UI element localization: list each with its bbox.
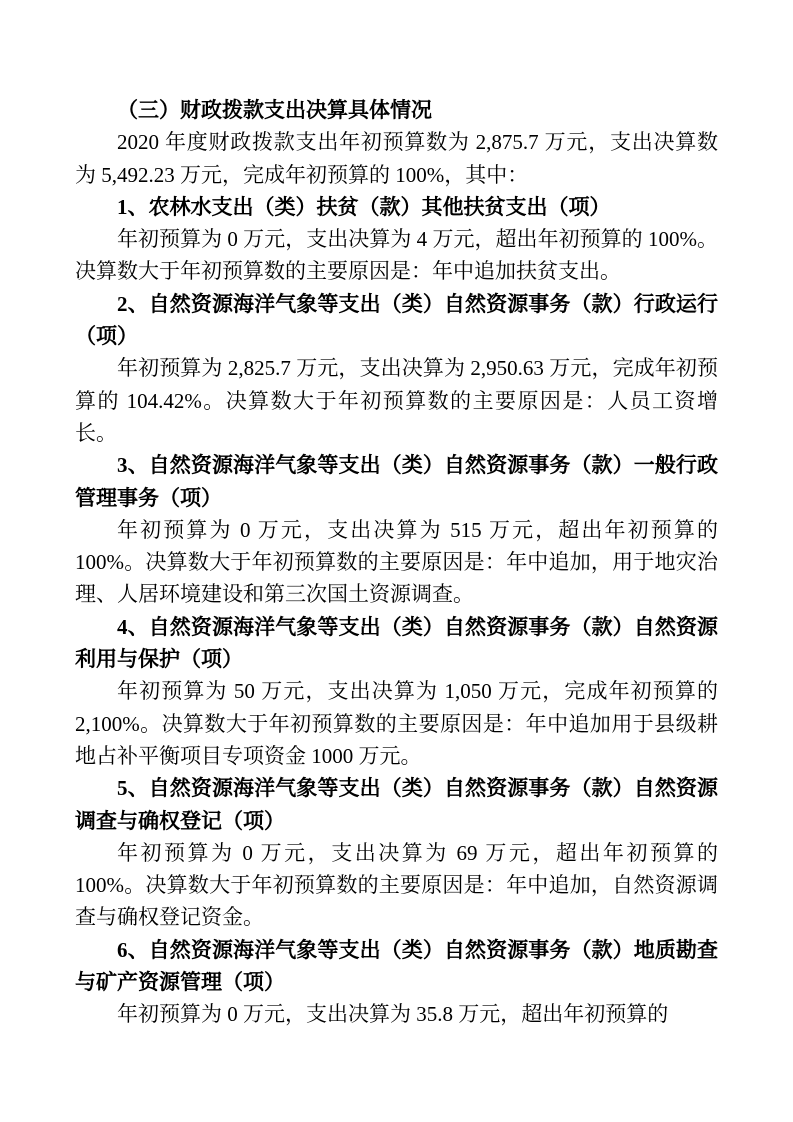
subsection-body-5: 年初预算为 0 万元，支出决算为 69 万元，超出年初预算的 100%。决算数大…	[75, 837, 718, 934]
intro-paragraph: 2020 年度财政拨款支出年初预算数为 2,875.7 万元，支出决算数为 5,…	[75, 126, 718, 191]
document-page: （三）财政拨款支出决算具体情况 2020 年度财政拨款支出年初预算数为 2,87…	[0, 0, 793, 1122]
subsection-title-3: 3、自然资源海洋气象等支出（类）自然资源事务（款）一般行政管理事务（项）	[75, 449, 718, 514]
subsection-body-6: 年初预算为 0 万元，支出决算为 35.8 万元，超出年初预算的	[75, 998, 718, 1030]
subsection-title-1: 1、农林水支出（类）扶贫（款）其他扶贫支出（项）	[75, 191, 718, 223]
subsection-title-6: 6、自然资源海洋气象等支出（类）自然资源事务（款）地质勘查与矿产资源管理（项）	[75, 934, 718, 999]
subsection-title-2: 2、自然资源海洋气象等支出（类）自然资源事务（款）行政运行（项）	[75, 288, 718, 353]
subsection-body-2: 年初预算为 2,825.7 万元，支出决算为 2,950.63 万元，完成年初预…	[75, 352, 718, 449]
subsection-body-4: 年初预算为 50 万元，支出决算为 1,050 万元，完成年初预算的 2,100…	[75, 675, 718, 772]
section-heading: （三）财政拨款支出决算具体情况	[75, 94, 718, 126]
subsection-title-4: 4、自然资源海洋气象等支出（类）自然资源事务（款）自然资源利用与保护（项）	[75, 611, 718, 676]
subsection-title-5: 5、自然资源海洋气象等支出（类）自然资源事务（款）自然资源调查与确权登记（项）	[75, 772, 718, 837]
subsection-body-3: 年初预算为 0 万元，支出决算为 515 万元，超出年初预算的 100%。决算数…	[75, 514, 718, 611]
subsection-body-1: 年初预算为 0 万元，支出决算为 4 万元，超出年初预算的 100%。决算数大于…	[75, 223, 718, 288]
